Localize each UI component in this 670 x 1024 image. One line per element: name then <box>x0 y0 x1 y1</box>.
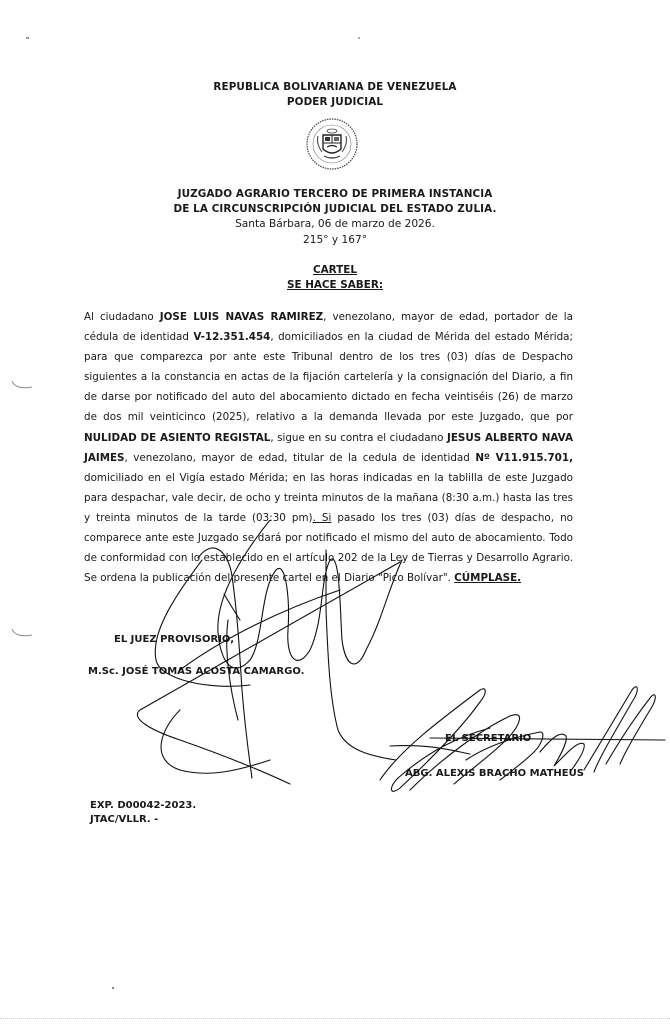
court-name-line1: JUZGADO AGRARIO TERCERO DE PRIMERA INSTA… <box>0 188 670 200</box>
se-hace-saber-title: SE HACE SABER: <box>0 279 670 291</box>
body-text-segment: Al ciudadano <box>84 311 160 323</box>
expediente-number: EXP. D00042-2023. <box>90 799 196 813</box>
body-text-segment: , venezolano, mayor de edad, titular de … <box>125 452 476 464</box>
patriotic-years: 215° y 167° <box>0 234 670 246</box>
body-text-segment: , sigue en su contra el ciudadano <box>270 432 447 444</box>
republic-heading: REPUBLICA BOLIVARIANA DE VENEZUELA <box>0 81 670 93</box>
scan-hole-mark-icon <box>8 375 38 395</box>
body-emphasis-segment: JOSE LUIS NAVAS RAMIREZ <box>160 311 323 323</box>
coat-of-arms-seal-icon <box>302 116 362 172</box>
place-date: Santa Bárbara, 06 de marzo de 2026. <box>0 218 670 230</box>
judge-title: EL JUEZ PROVISORIO, <box>114 634 234 645</box>
secretary-title: EL SECRETARIO <box>445 733 531 744</box>
body-emphasis-segment: V-12.351.454 <box>193 331 270 343</box>
scan-speck <box>358 37 360 39</box>
body-emphasis-segment: CÚMPLASE. <box>454 572 521 584</box>
scan-edge-line <box>0 1018 670 1019</box>
court-name-line2: DE LA CIRCUNSCRIPCIÓN JUDICIAL DEL ESTAD… <box>0 203 670 215</box>
scan-hole-mark-icon <box>8 623 38 643</box>
judge-name: M.Sc. JOSÉ TOMAS ACOSTA CAMARGO. <box>88 666 304 677</box>
judicial-power-heading: PODER JUDICIAL <box>0 96 670 108</box>
notice-body: Al ciudadano JOSE LUIS NAVAS RAMIREZ, ve… <box>84 307 573 588</box>
body-text-segment: , domiciliados en la ciudad de Mérida de… <box>84 331 573 423</box>
scan-speck <box>112 987 114 989</box>
cartel-title: CARTEL <box>0 264 670 276</box>
secretary-name: ABG. ALEXIS BRACHO MATHEUS <box>405 768 584 779</box>
notice-paragraph: Al ciudadano JOSE LUIS NAVAS RAMIREZ, ve… <box>84 307 573 588</box>
body-emphasis-segment: NULIDAD DE ASIENTO REGISTAL <box>84 432 270 444</box>
body-emphasis-segment: Nº V11.915.701, <box>475 452 573 464</box>
scan-speck <box>26 37 29 39</box>
document-initials: JTAC/VLLR. - <box>90 813 158 827</box>
body-emphasis-segment: . Si <box>313 512 332 524</box>
document-page: REPUBLICA BOLIVARIANA DE VENEZUELA PODER… <box>0 0 670 1024</box>
